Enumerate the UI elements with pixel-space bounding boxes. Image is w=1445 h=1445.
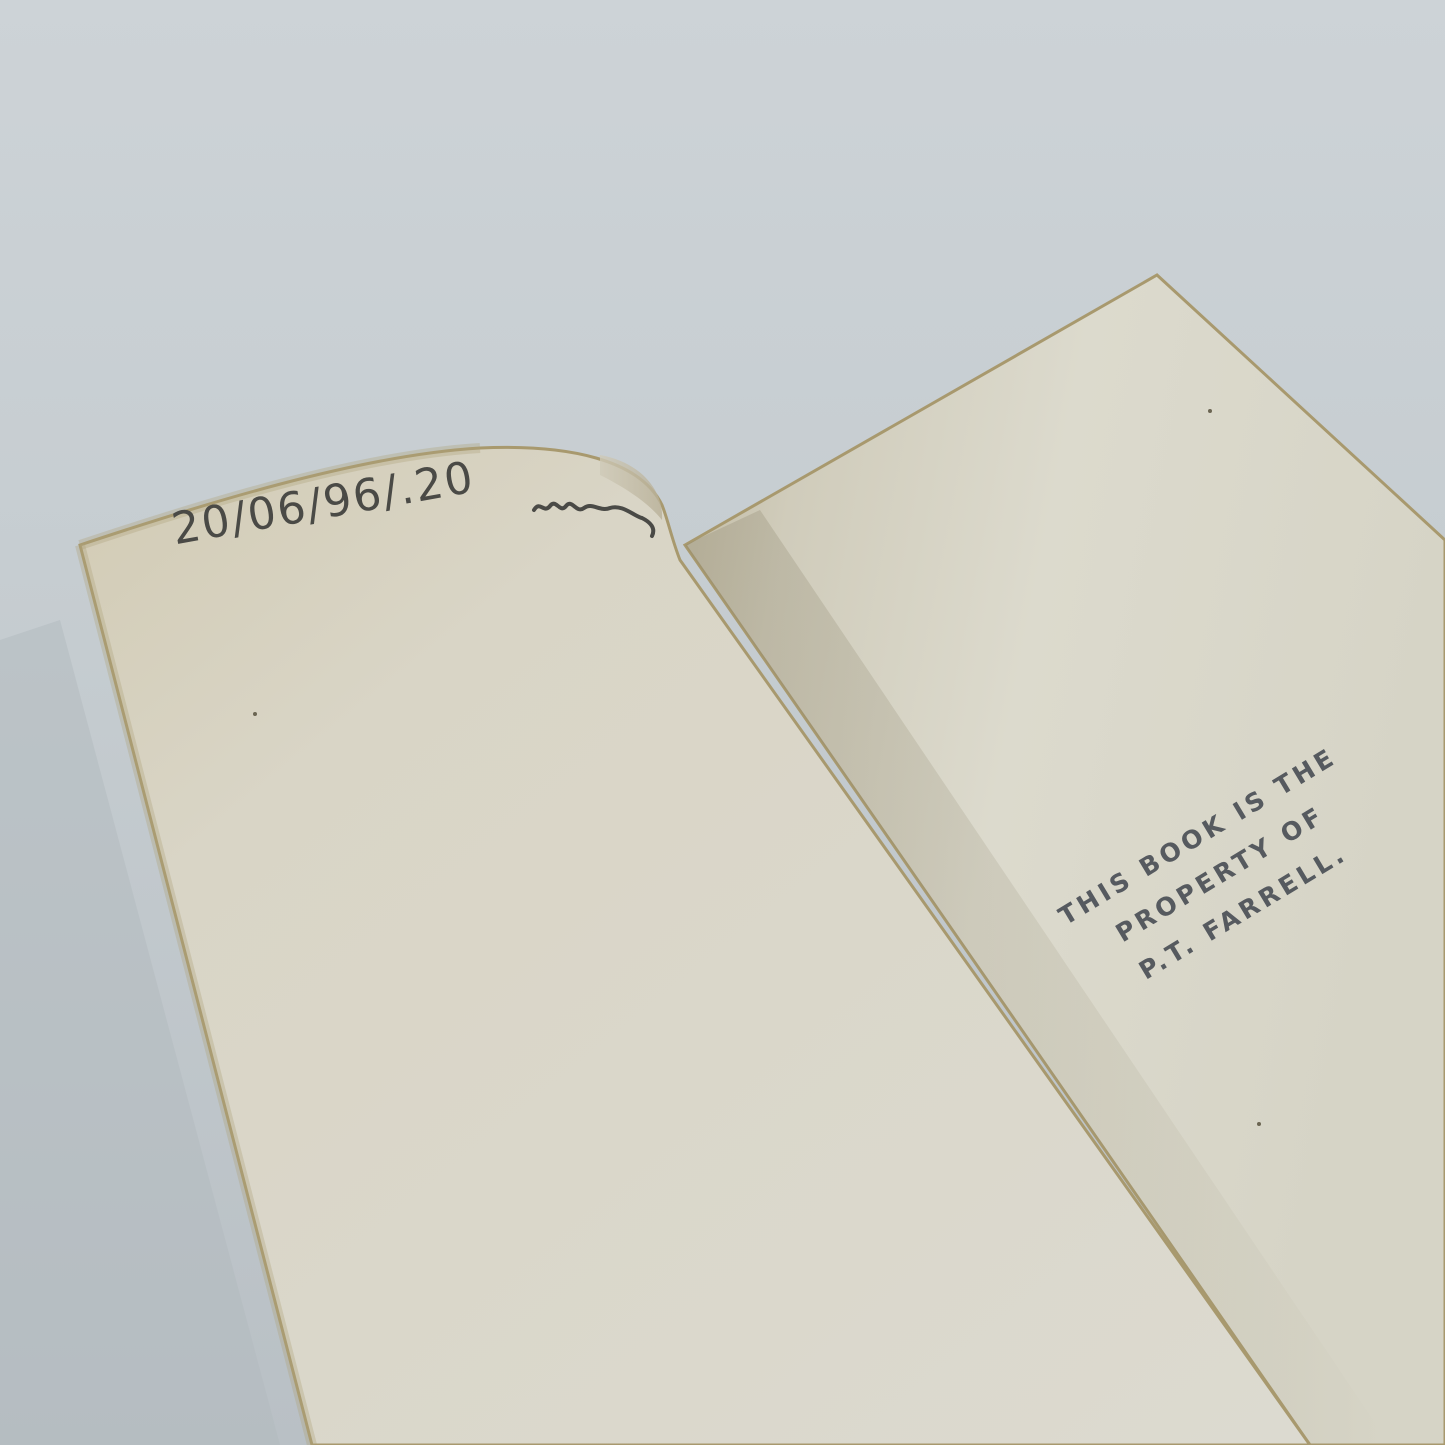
paper-speck — [1257, 1122, 1261, 1126]
handwritten-signature — [530, 488, 660, 548]
photo-scene: 20/06/96/.20 THIS BOOK IS THE PROPERTY O… — [0, 0, 1445, 1445]
paper-speck — [253, 712, 257, 716]
paper-speck — [1208, 409, 1212, 413]
open-book — [0, 0, 1445, 1445]
